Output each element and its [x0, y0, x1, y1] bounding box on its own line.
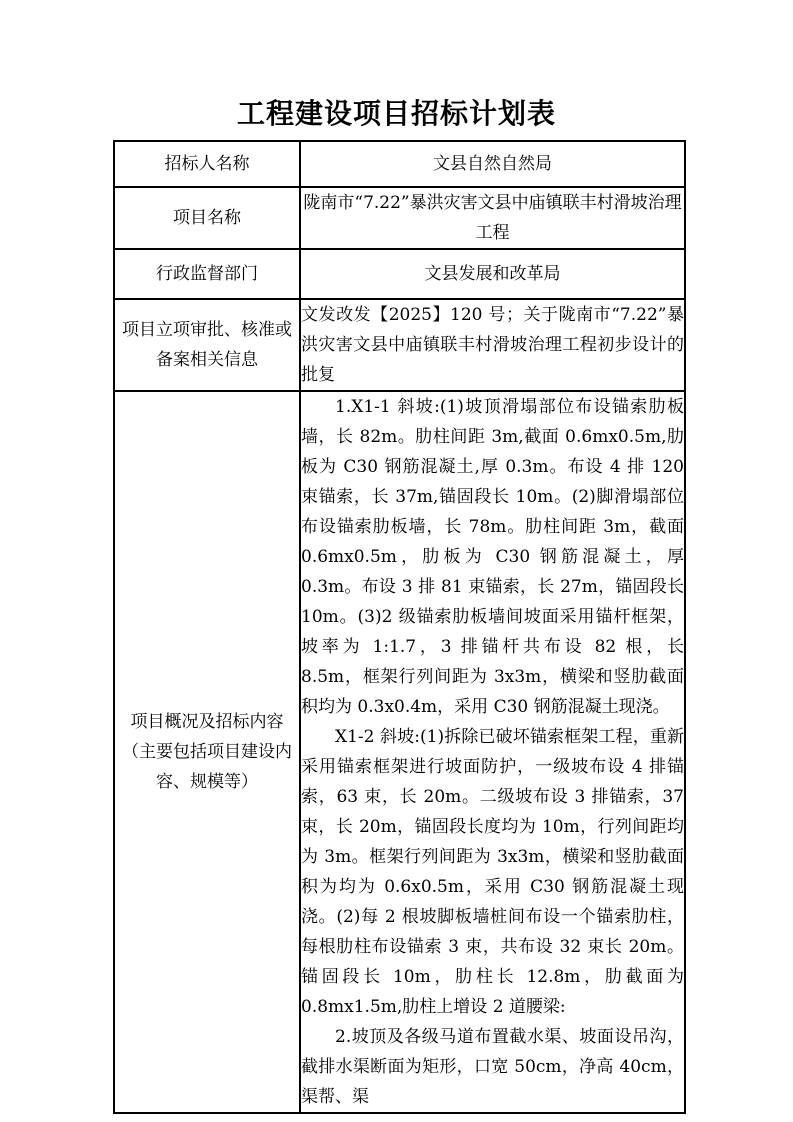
row-label: 项目立项审批、核准或备案相关信息: [114, 299, 300, 391]
row-value: 文县发展和改革局: [300, 249, 685, 299]
row-value: 文发改发【2025】120 号；关于陇南市“7.22”暴洪灾害文县中庙镇联丰村滑…: [300, 299, 685, 391]
row-label: 行政监督部门: [114, 249, 300, 299]
overview-paragraph-3: 2.坡顶及各级马道布置截水渠、坡面设吊沟，截排水渠断面为矩形，口宽 50cm，净…: [301, 1022, 684, 1112]
row-supervision-dept: 行政监督部门 文县发展和改革局: [114, 249, 685, 299]
overview-paragraph-1: 1.X1-1 斜坡:(1)坡顶滑塌部位布设锚索肋板墙，长 82m。肋柱间距 3m…: [301, 392, 684, 722]
row-value: 文县自然自然局: [300, 141, 685, 187]
overview-paragraph-2: X1-2 斜坡:(1)拆除已破坏锚索框架工程，重新采用锚索框架进行坡面防护，一级…: [301, 722, 684, 1022]
document-page: 工程建设项目招标计划表 招标人名称 文县自然自然局 项目名称 陇南市“7.22”…: [0, 0, 793, 1122]
row-label: 招标人名称: [114, 141, 300, 187]
bidding-plan-table: 招标人名称 文县自然自然局 项目名称 陇南市“7.22”暴洪灾害文县中庙镇联丰村…: [113, 140, 686, 1114]
row-project-overview: 项目概况及招标内容（主要包括项目建设内容、规模等） 1.X1-1 斜坡:(1)坡…: [114, 391, 685, 1113]
row-label: 项目名称: [114, 187, 300, 249]
row-bidder-name: 招标人名称 文县自然自然局: [114, 141, 685, 187]
document-title: 工程建设项目招标计划表: [0, 92, 793, 132]
row-value: 陇南市“7.22”暴洪灾害文县中庙镇联丰村滑坡治理工程: [300, 187, 685, 249]
row-project-name: 项目名称 陇南市“7.22”暴洪灾害文县中庙镇联丰村滑坡治理工程: [114, 187, 685, 249]
row-label: 项目概况及招标内容（主要包括项目建设内容、规模等）: [114, 391, 300, 1113]
row-value: 1.X1-1 斜坡:(1)坡顶滑塌部位布设锚索肋板墙，长 82m。肋柱间距 3m…: [300, 391, 685, 1113]
row-approval-info: 项目立项审批、核准或备案相关信息 文发改发【2025】120 号；关于陇南市“7…: [114, 299, 685, 391]
